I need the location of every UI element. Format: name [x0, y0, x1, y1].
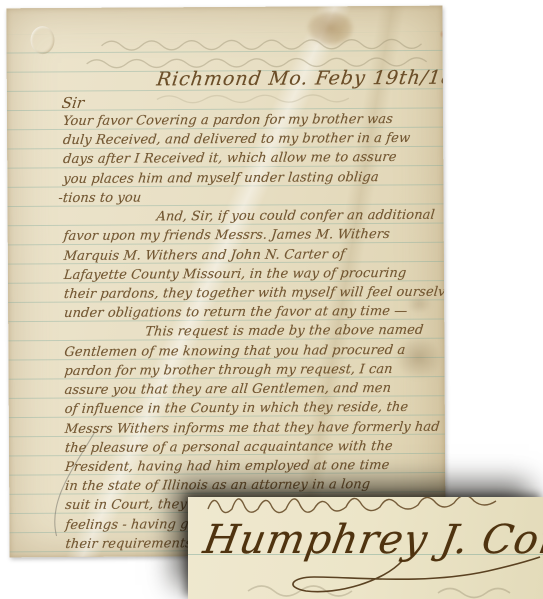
letter-line: you places him and myself under lasting …: [62, 170, 379, 188]
letter-line: assure you that they are all Gentlemen, …: [64, 381, 392, 399]
photo-background: Richmond Mo. Feby 19th/1864 Sir Your fav…: [0, 0, 543, 599]
letter-salutation: Sir: [61, 94, 86, 112]
letter-line: their requirements: [65, 536, 193, 553]
letter-dateline: Richmond Mo. Feby 19th/1864: [155, 66, 445, 90]
letter-line: -tions to you: [58, 191, 142, 208]
letter-line: under obligations to return the favor at…: [63, 304, 408, 322]
letter-line: their pardons, they together with myself…: [63, 285, 446, 303]
letter-line: Marquis M. Withers and John N. Carter of: [63, 247, 346, 265]
letter-page: Richmond Mo. Feby 19th/1864 Sir Your fav…: [6, 6, 445, 558]
letter-line: of influence in the County in which they…: [64, 400, 409, 418]
signature-inset: Humphrey J. Comer: [188, 497, 543, 599]
letter-line: Gentlemen of me knowing that you had pro…: [63, 343, 406, 361]
flourish-stroke: [293, 557, 540, 592]
letter-line: President, having had him employed at on…: [64, 458, 390, 476]
letter-line: And, Sir, if you could confer an additio…: [156, 208, 436, 226]
letter-line: the pleasure of a personal acquaintance …: [64, 439, 393, 457]
letter-line: favor upon my friends Messrs. James M. W…: [63, 227, 391, 245]
letter-line: duly Received, and delivered to my broth…: [62, 131, 411, 149]
letter-line: Lafayette County Missouri, in the way of…: [63, 266, 407, 284]
letter-line: in the state of Illinois as an attorney …: [64, 477, 371, 495]
letter-line: Your favor Covering a pardon for my brot…: [62, 112, 394, 130]
signature-flourish: [188, 497, 543, 599]
letter-line: pardon for my brother through my request…: [64, 362, 394, 380]
letter-line: days after I Received it, which allow me…: [62, 150, 397, 168]
letter-line: feelings - having g: [65, 517, 190, 534]
letter-line: This request is made by the above named: [144, 323, 424, 341]
letter-line: Messrs Withers informs me that they have…: [64, 420, 440, 438]
